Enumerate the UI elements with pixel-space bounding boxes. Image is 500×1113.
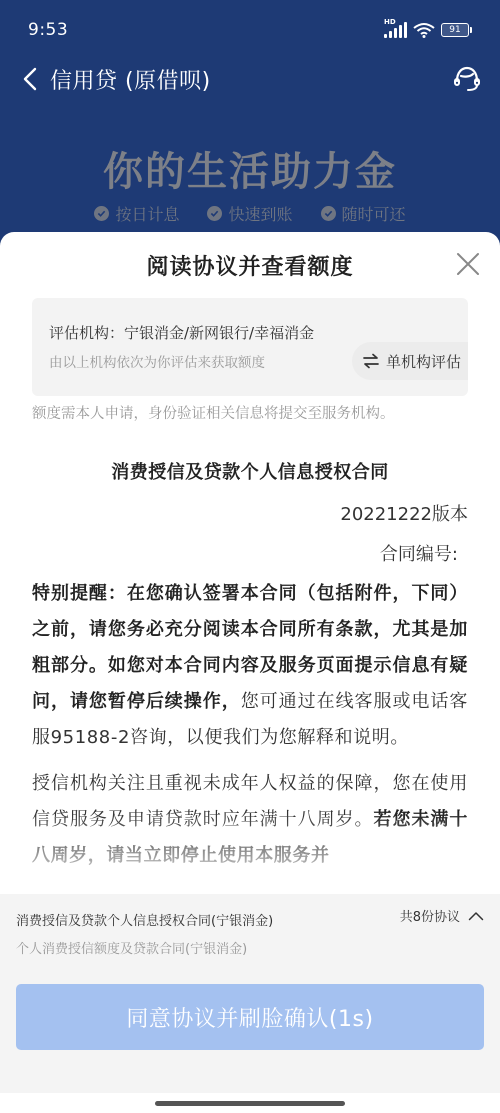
check-circle-icon (207, 206, 222, 221)
customer-service-button[interactable] (450, 62, 484, 96)
cellular-signal-icon: HD (384, 22, 407, 38)
feature-fast-arrival: 快速到账 (207, 202, 292, 225)
status-bar: 9:53 HD 91 (0, 0, 500, 60)
contract-version: 20221222版本 (32, 500, 468, 526)
feature-repay-anytime: 随时可还 (321, 202, 406, 225)
evaluation-orgs: 评估机构：宁银消金/新网银行/幸福消金 (49, 322, 314, 343)
back-button[interactable] (12, 61, 48, 97)
evaluation-subtitle: 由以上机构依次为你评估来获取额度 (49, 351, 265, 371)
agreement-sheet: 阅读协议并查看额度 评估机构：宁银消金/新网银行/幸福消金 由以上机构依次为你评… (0, 232, 500, 1113)
next-agreement-link[interactable]: 个人消费授信额度及贷款合同(宁银消金) (16, 938, 247, 957)
feature-label: 按日计息 (115, 202, 179, 225)
agreement-footer: 消费授信及贷款个人信息授权合同(宁银消金) 个人消费授信额度及贷款合同(宁银消金… (0, 894, 500, 1113)
contract-paragraph-reminder: 特别提醒：在您确认签署本合同（包括附件，下同）之前，请您务必充分阅读本合同所有条… (32, 576, 468, 756)
feature-label: 快速到账 (228, 202, 292, 225)
sheet-title: 阅读协议并查看额度 (0, 250, 500, 281)
home-indicator[interactable] (155, 1101, 345, 1106)
customer-service-headset-icon (452, 64, 482, 94)
feature-label: 随时可还 (342, 202, 406, 225)
close-button[interactable] (454, 250, 482, 278)
header-background: 9:53 HD 91 (0, 0, 500, 260)
hd-label: HD (384, 18, 396, 26)
feature-daily-interest: 按日计息 (94, 202, 179, 225)
contract-title: 消费授信及贷款个人信息授权合同 (32, 458, 468, 484)
contract-paragraph-minor: 授信机构关注且重视未成年人权益的保障，您在使用信贷服务及申请贷款时应年满十八周岁… (32, 766, 468, 874)
chevron-left-icon (22, 67, 38, 91)
chevron-up-icon (468, 911, 484, 921)
battery-level: 91 (441, 23, 469, 37)
wifi-icon (413, 22, 435, 38)
agreement-count: 共8份协议 (400, 906, 460, 925)
agreement-list-toggle[interactable]: 共8份协议 (400, 906, 484, 925)
hero-features: 按日计息 快速到账 随时可还 (0, 202, 500, 225)
contract-number-label: 合同编号: (32, 540, 468, 566)
evaluation-card: 评估机构：宁银消金/新网银行/幸福消金 由以上机构依次为你评估来获取额度 单机构… (32, 298, 468, 396)
single-org-evaluation-button[interactable]: 单机构评估 (352, 342, 468, 380)
battery-icon: 91 (441, 23, 472, 37)
single-org-evaluation-label: 单机构评估 (386, 351, 461, 372)
close-icon (454, 250, 482, 278)
status-time: 9:53 (28, 20, 68, 40)
identity-notice: 额度需本人申请，身份验证相关信息将提交至服务机构。 (32, 402, 395, 423)
page-title: 信用贷 (原借呗) (50, 64, 211, 95)
contract-content[interactable]: 消费授信及贷款个人信息授权合同 20221222版本 合同编号: 特别提醒：在您… (32, 454, 468, 894)
hero-title: 你的生活助力金 (0, 140, 500, 197)
status-icons: HD 91 (384, 22, 472, 38)
current-agreement-link[interactable]: 消费授信及贷款个人信息授权合同(宁银消金) (16, 910, 273, 929)
swap-arrows-icon (362, 353, 380, 369)
nav-bar: 信用贷 (原借呗) (0, 58, 500, 100)
check-circle-icon (321, 206, 336, 221)
check-circle-icon (94, 206, 109, 221)
agree-and-face-verify-button[interactable]: 同意协议并刷脸确认(1s) (16, 984, 484, 1050)
